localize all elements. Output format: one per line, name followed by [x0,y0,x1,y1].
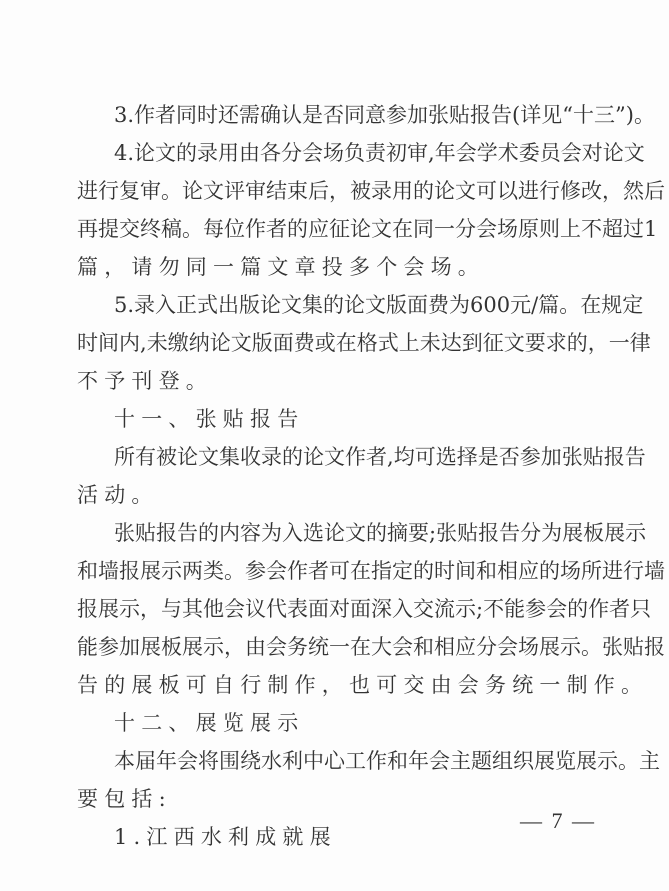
text-line: 能参加展板展示，由会务统一在大会和相应分会场展示。张贴报 [77,628,575,666]
text-line: 3.作者同时还需确认是否同意参加张贴报告(详见“十三”)。 [77,96,575,134]
text-line: 报展示，与其他会议代表面对面深入交流示;不能参会的作者只 [77,590,575,628]
text-line: 本届年会将围绕水利中心工作和年会主题组织展览展示。主 [77,742,575,780]
text-line: 十二、展览展示 [77,704,575,742]
text-line: 所有被论文集收录的论文作者,均可选择是否参加张贴报告 [77,438,575,476]
document-body: 3.作者同时还需确认是否同意参加张贴报告(详见“十三”)。4.论文的录用由各分会… [77,96,575,856]
text-line: 4.论文的录用由各分会场负责初审,年会学术委员会对论文 [77,134,575,172]
text-line: 再提交终稿。每位作者的应征论文在同一分会场原则上不超过1 [77,210,575,248]
text-line: 篇，请勿同一篇文章投多个会场。 [77,248,575,286]
text-line: 要包括: [77,780,575,818]
text-line: 张贴报告的内容为入选论文的摘要;张贴报告分为展板展示 [77,514,575,552]
text-line: 5.录入正式出版论文集的论文版面费为600元/篇。在规定 [77,286,575,324]
text-line: 进行复审。论文评审结束后，被录用的论文可以进行修改，然后 [77,172,575,210]
text-line: 告的展板可自行制作，也可交由会务统一制作。 [77,666,575,704]
document-page: 3.作者同时还需确认是否同意参加张贴报告(详见“十三”)。4.论文的录用由各分会… [0,0,669,891]
text-line: 时间内,未缴纳论文版面费或在格式上未达到征文要求的，一律 [77,324,575,362]
text-line: 活动。 [77,476,575,514]
text-line: 不予刊登。 [77,362,575,400]
page-number: — 7 — [520,808,596,834]
text-line: 十一、张贴报告 [77,400,575,438]
text-line: 和墙报展示两类。参会作者可在指定的时间和相应的场所进行墙 [77,552,575,590]
text-line: 1.江西水利成就展 [77,818,575,856]
